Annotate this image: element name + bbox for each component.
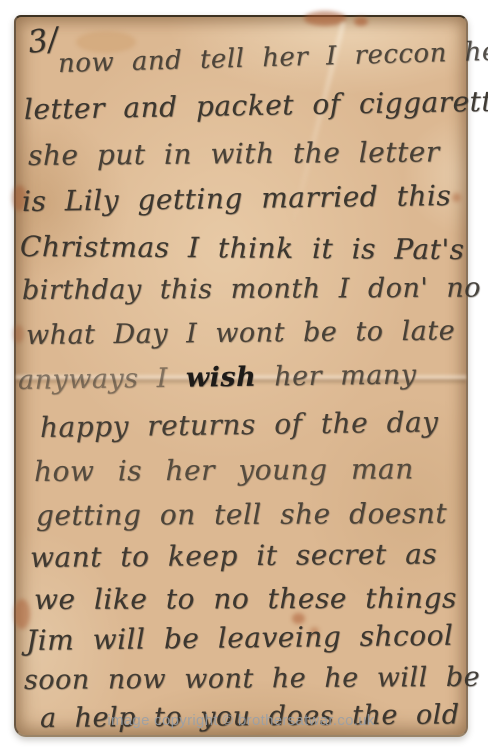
handwriting-line: letter and packet of ciggaretts <box>24 85 488 126</box>
handwriting-line: soon now wont he he will be <box>24 662 480 696</box>
handwriting-segment: her many <box>256 359 417 392</box>
handwriting-line: want to keep it secret as <box>30 537 437 574</box>
handwriting-line: we like to no these things <box>34 582 457 616</box>
scanned-letter-image: 3/ now and tell her I reccon her letter … <box>0 0 488 756</box>
handwriting-line: Christmas I think it is Pat's <box>20 230 465 266</box>
handwriting-line: anyways I wish her many <box>18 359 417 396</box>
handwriting-line: getting on tell she doesnt <box>36 497 447 532</box>
copyright-watermark: image copyright © brothersatwar.co.uk <box>16 712 466 729</box>
handwriting-line: how is her young man <box>34 452 414 488</box>
handwriting-line: what Day I wont be to late <box>26 316 455 351</box>
handwriting-line: birthday this month I don' no <box>22 273 481 306</box>
handwriting-line: she put in with the letter <box>28 135 440 172</box>
handwriting-line: happy returns of the day <box>40 405 439 444</box>
handwriting-line: is Lily getting married this <box>22 179 452 218</box>
stain <box>13 325 24 343</box>
handwriting-segment: anyways I <box>18 363 186 396</box>
stain <box>452 193 461 202</box>
page-number: 3/ <box>26 21 61 61</box>
handwriting-line: Jim will be leaveing shcool <box>26 619 454 657</box>
handwriting-segment-bold: wish <box>186 362 257 394</box>
stain <box>354 17 368 26</box>
letter-paper: 3/ now and tell her I reccon her letter … <box>14 15 468 737</box>
